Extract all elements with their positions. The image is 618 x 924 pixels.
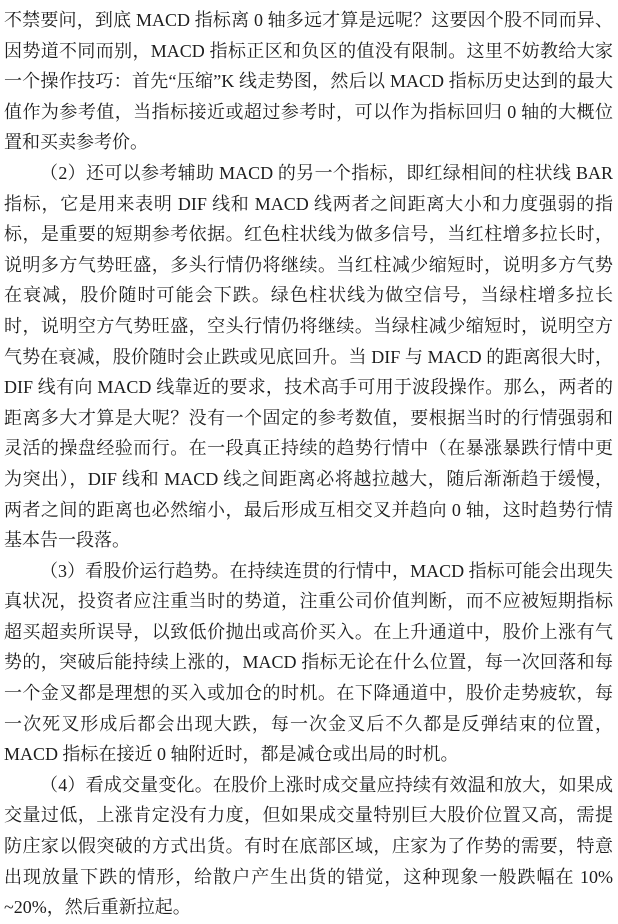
book-page: 不禁要问，到底 MACD 指标离 0 轴多远才算是远呢？这要因个股不同而异、因势… (0, 0, 618, 924)
paragraph-volume-change: （4）看成交量变化。在股价上涨时成交量应持续有效温和放大，如果成交量过低，上涨肯… (4, 770, 613, 923)
paragraph-bar-indicator: （2）还可以参考辅助 MACD 的另一个指标，即红绿相间的柱状线 BAR 指标，… (4, 158, 613, 556)
paragraph-price-trend: （3）看股价运行趋势。在持续连贯的行情中，MACD 指标可能会出现失真状况，投资… (4, 556, 613, 770)
paragraph-macd-zero-axis: 不禁要问，到底 MACD 指标离 0 轴多远才算是远呢？这要因个股不同而异、因势… (4, 5, 613, 158)
